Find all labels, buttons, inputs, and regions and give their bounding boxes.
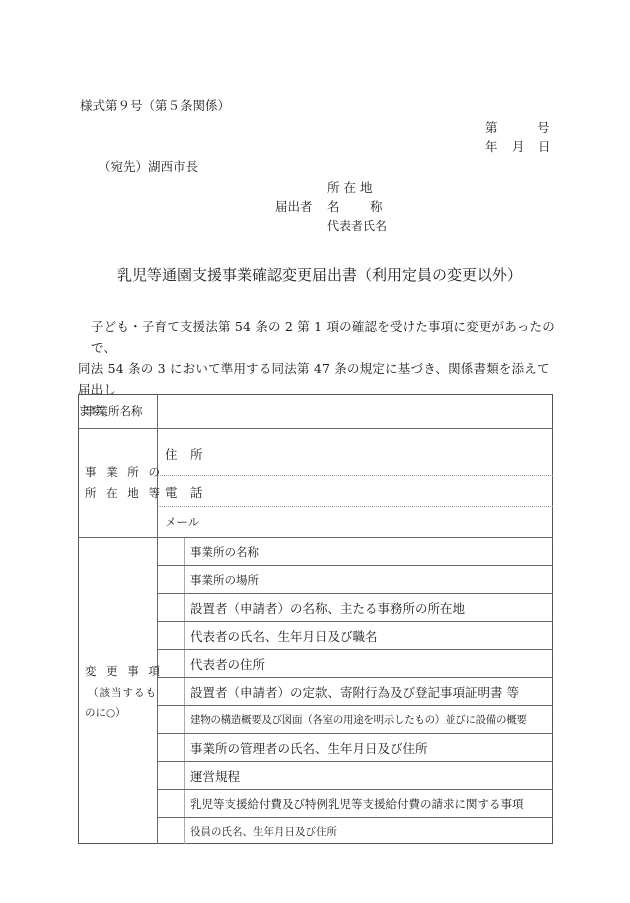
office-name-field[interactable] — [160, 396, 550, 426]
change-item-mark-1[interactable] — [158, 566, 183, 592]
changes-note-line-1: （該当するも — [88, 685, 157, 700]
row-divider — [157, 761, 553, 762]
change-item-mark-6[interactable] — [158, 706, 183, 732]
change-item-5: 設置者（申請者）の定款、寄附行為及び登記事項証明書 等 — [190, 683, 519, 701]
date-month-label: 月 — [512, 137, 525, 155]
date-day-label: 日 — [538, 137, 551, 155]
notifier-name-label-a: 名 — [327, 197, 340, 215]
change-item-mark-0[interactable] — [158, 538, 183, 564]
change-item-mark-3[interactable] — [158, 622, 183, 648]
form-number: 様式第９号（第５条関係） — [80, 96, 230, 114]
row-divider — [157, 733, 553, 734]
row-divider — [157, 817, 553, 818]
change-item-mark-4[interactable] — [158, 650, 183, 676]
addressee: （宛先）湖西市長 — [98, 157, 198, 175]
phone-field[interactable] — [190, 478, 550, 504]
change-item-10: 役員の氏名、生年月日及び住所 — [190, 824, 337, 839]
row-divider-dotted — [157, 506, 553, 507]
change-item-7: 事業所の管理者の氏名、生年月日及び住所 — [190, 739, 428, 757]
change-item-mark-9[interactable] — [158, 790, 183, 816]
date-year-label: 年 — [485, 137, 498, 155]
change-item-6: 建物の構造概要及び図面（各室の用途を明示したもの）並びに設備の概要 — [190, 712, 527, 727]
change-item-mark-8[interactable] — [158, 762, 183, 788]
email-field[interactable] — [190, 509, 550, 535]
change-item-0: 事業所の名称 — [190, 544, 259, 560]
row-divider — [78, 537, 553, 538]
row-divider — [157, 649, 553, 650]
change-item-4: 代表者の住所 — [190, 655, 265, 673]
location-label-line-2: 所 在 地 等 — [85, 485, 163, 501]
row-divider — [157, 593, 553, 594]
change-item-9: 乳児等支援給付費及び特例乳児等支援給付費の請求に関する事項 — [190, 796, 524, 812]
notifier-representative-label: 代表者氏名 — [327, 217, 387, 234]
change-item-8: 運営規程 — [190, 767, 240, 785]
change-item-mark-7[interactable] — [158, 734, 183, 760]
row-divider — [78, 428, 553, 429]
doc-number-suffix: 号 — [537, 118, 550, 136]
row-divider — [157, 565, 553, 566]
change-item-mark-2[interactable] — [158, 594, 183, 620]
row-divider — [157, 789, 553, 790]
notifier-name-label-b: 称 — [370, 197, 383, 215]
change-item-2: 設置者（申請者）の名称、主たる事務所の所在地 — [190, 599, 465, 617]
change-item-mark-10[interactable] — [158, 818, 183, 843]
row-divider-dotted — [157, 475, 553, 476]
change-item-3: 代表者の氏名、生年月日及び職名 — [190, 627, 378, 645]
body-line-1: 子ども・子育て支援法第 54 条の 2 第 1 項の確認を受けた事項に変更があっ… — [78, 316, 558, 358]
notifier-label: 届出者 — [275, 197, 313, 215]
location-label-line-1: 事 業 所 の — [85, 464, 163, 480]
notifier-address-label: 所 在 地 — [327, 178, 372, 196]
changes-note-line-2: のに○） — [85, 705, 126, 720]
office-name-label: 事業所名称 — [85, 403, 143, 419]
row-divider — [157, 705, 553, 706]
row-divider — [157, 677, 553, 678]
column-divider-2 — [184, 537, 185, 844]
change-item-mark-5[interactable] — [158, 678, 183, 704]
document-title: 乳児等通園支援事業確認変更届出書（利用定員の変更以外） — [117, 264, 522, 285]
change-item-1: 事業所の場所 — [190, 572, 259, 588]
row-divider — [157, 621, 553, 622]
changes-label: 変 更 事 項 — [85, 663, 163, 679]
address-field[interactable] — [190, 432, 550, 472]
doc-number-prefix: 第 — [485, 118, 498, 136]
